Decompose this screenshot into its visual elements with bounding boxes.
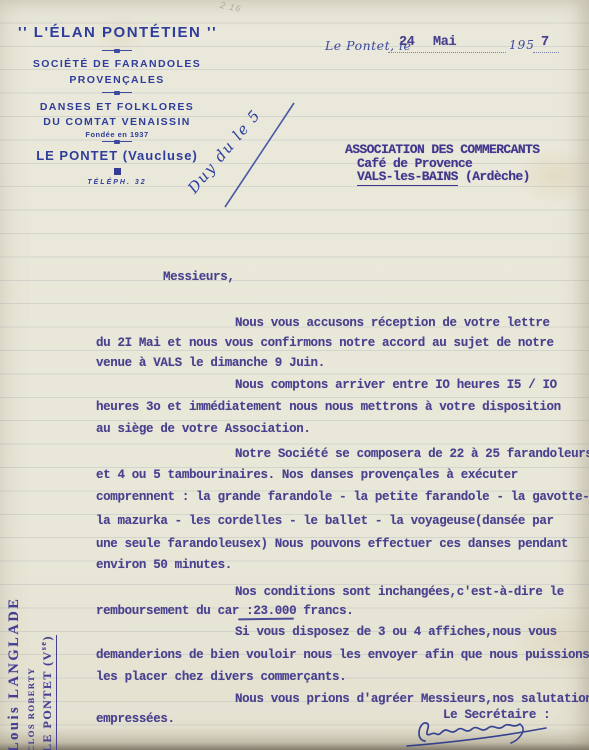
- recipient-line3: VALS-les-BAINS (Ardèche): [357, 169, 530, 184]
- body-line: environ 50 minutes.: [96, 558, 232, 572]
- body-line: la mazurka - les cordelles - le ballet -…: [96, 514, 554, 528]
- body-line: Nous comptons arriver entre IO heures I5…: [235, 378, 557, 392]
- date-year-typed: 7: [541, 35, 549, 50]
- divider-ornament: [18, 50, 216, 52]
- date-day: 24: [399, 35, 415, 50]
- body-line: Nos conditions sont inchangées,c'est-à-d…: [235, 585, 564, 599]
- body-line: Nous vous accusons réception de votre le…: [235, 316, 550, 330]
- body-line: Messieurs,: [163, 270, 235, 284]
- body-line: Nous vous prions d'agréer Messieurs,nos …: [235, 692, 589, 706]
- body-line: demanderions de bien vouloir nous les en…: [96, 648, 589, 662]
- body-line: une seule farandoleusex) Nous pouvons ef…: [96, 537, 568, 551]
- body-line: du 2I Mai et nous vous confirmons notre …: [96, 336, 554, 350]
- amount-underline: [238, 618, 294, 621]
- recipient-dept: (Ardèche): [458, 169, 530, 184]
- signature: [403, 716, 553, 750]
- letterhead-society-line1: SOCIÉTÉ DE FARANDOLES: [18, 58, 216, 70]
- body-line: et 4 ou 5 tambourinaires. Nos danses pro…: [96, 468, 518, 482]
- divider-ornament: [18, 92, 216, 94]
- body-line: heures 3o et immédiatement nous nous met…: [96, 400, 561, 414]
- date-rule: [388, 51, 506, 53]
- body-line: comprennent : la grande farandole - la p…: [96, 490, 589, 504]
- handwritten-stroke: [180, 95, 340, 215]
- body-line: Si vous disposez de 3 ou 4 affiches,nous…: [235, 625, 557, 639]
- body-line: les placer chez divers commerçants.: [96, 670, 346, 684]
- body-line: Notre Société se composera de 22 à 25 fa…: [235, 447, 589, 461]
- sender-stamp-address: CLOS ROBERTY: [26, 577, 36, 750]
- pencil-mark: 2 16: [219, 0, 242, 14]
- body-line: au siège de votre Association.: [96, 422, 311, 436]
- sender-stamp-city: LE PONTET (Vse): [39, 635, 57, 750]
- letterhead-title: '' L'ÉLAN PONTÉTIEN '': [18, 24, 216, 41]
- date-rule-short: [533, 51, 559, 53]
- letterhead-society-line2: PROVENÇALES: [18, 74, 216, 86]
- recipient-line1: ASSOCIATION DES COMMERCANTS: [345, 142, 539, 157]
- recipient-city: VALS-les-BAINS: [357, 169, 458, 186]
- sender-stamp: Louis LANGLADE CLOS ROBERTY LE PONTET (V…: [6, 577, 57, 750]
- body-line: venue à VALS le dimanche 9 Juin.: [96, 356, 325, 370]
- date-year-printed: 195: [509, 38, 535, 52]
- letter-page: '' L'ÉLAN PONTÉTIEN '' SOCIÉTÉ DE FARAND…: [0, 0, 589, 750]
- body-line: empressées.: [96, 712, 175, 726]
- date-month: Mai: [433, 35, 456, 50]
- sender-stamp-name: Louis LANGLADE: [6, 577, 23, 750]
- body-line: remboursement du car :23.000 francs.: [96, 604, 353, 618]
